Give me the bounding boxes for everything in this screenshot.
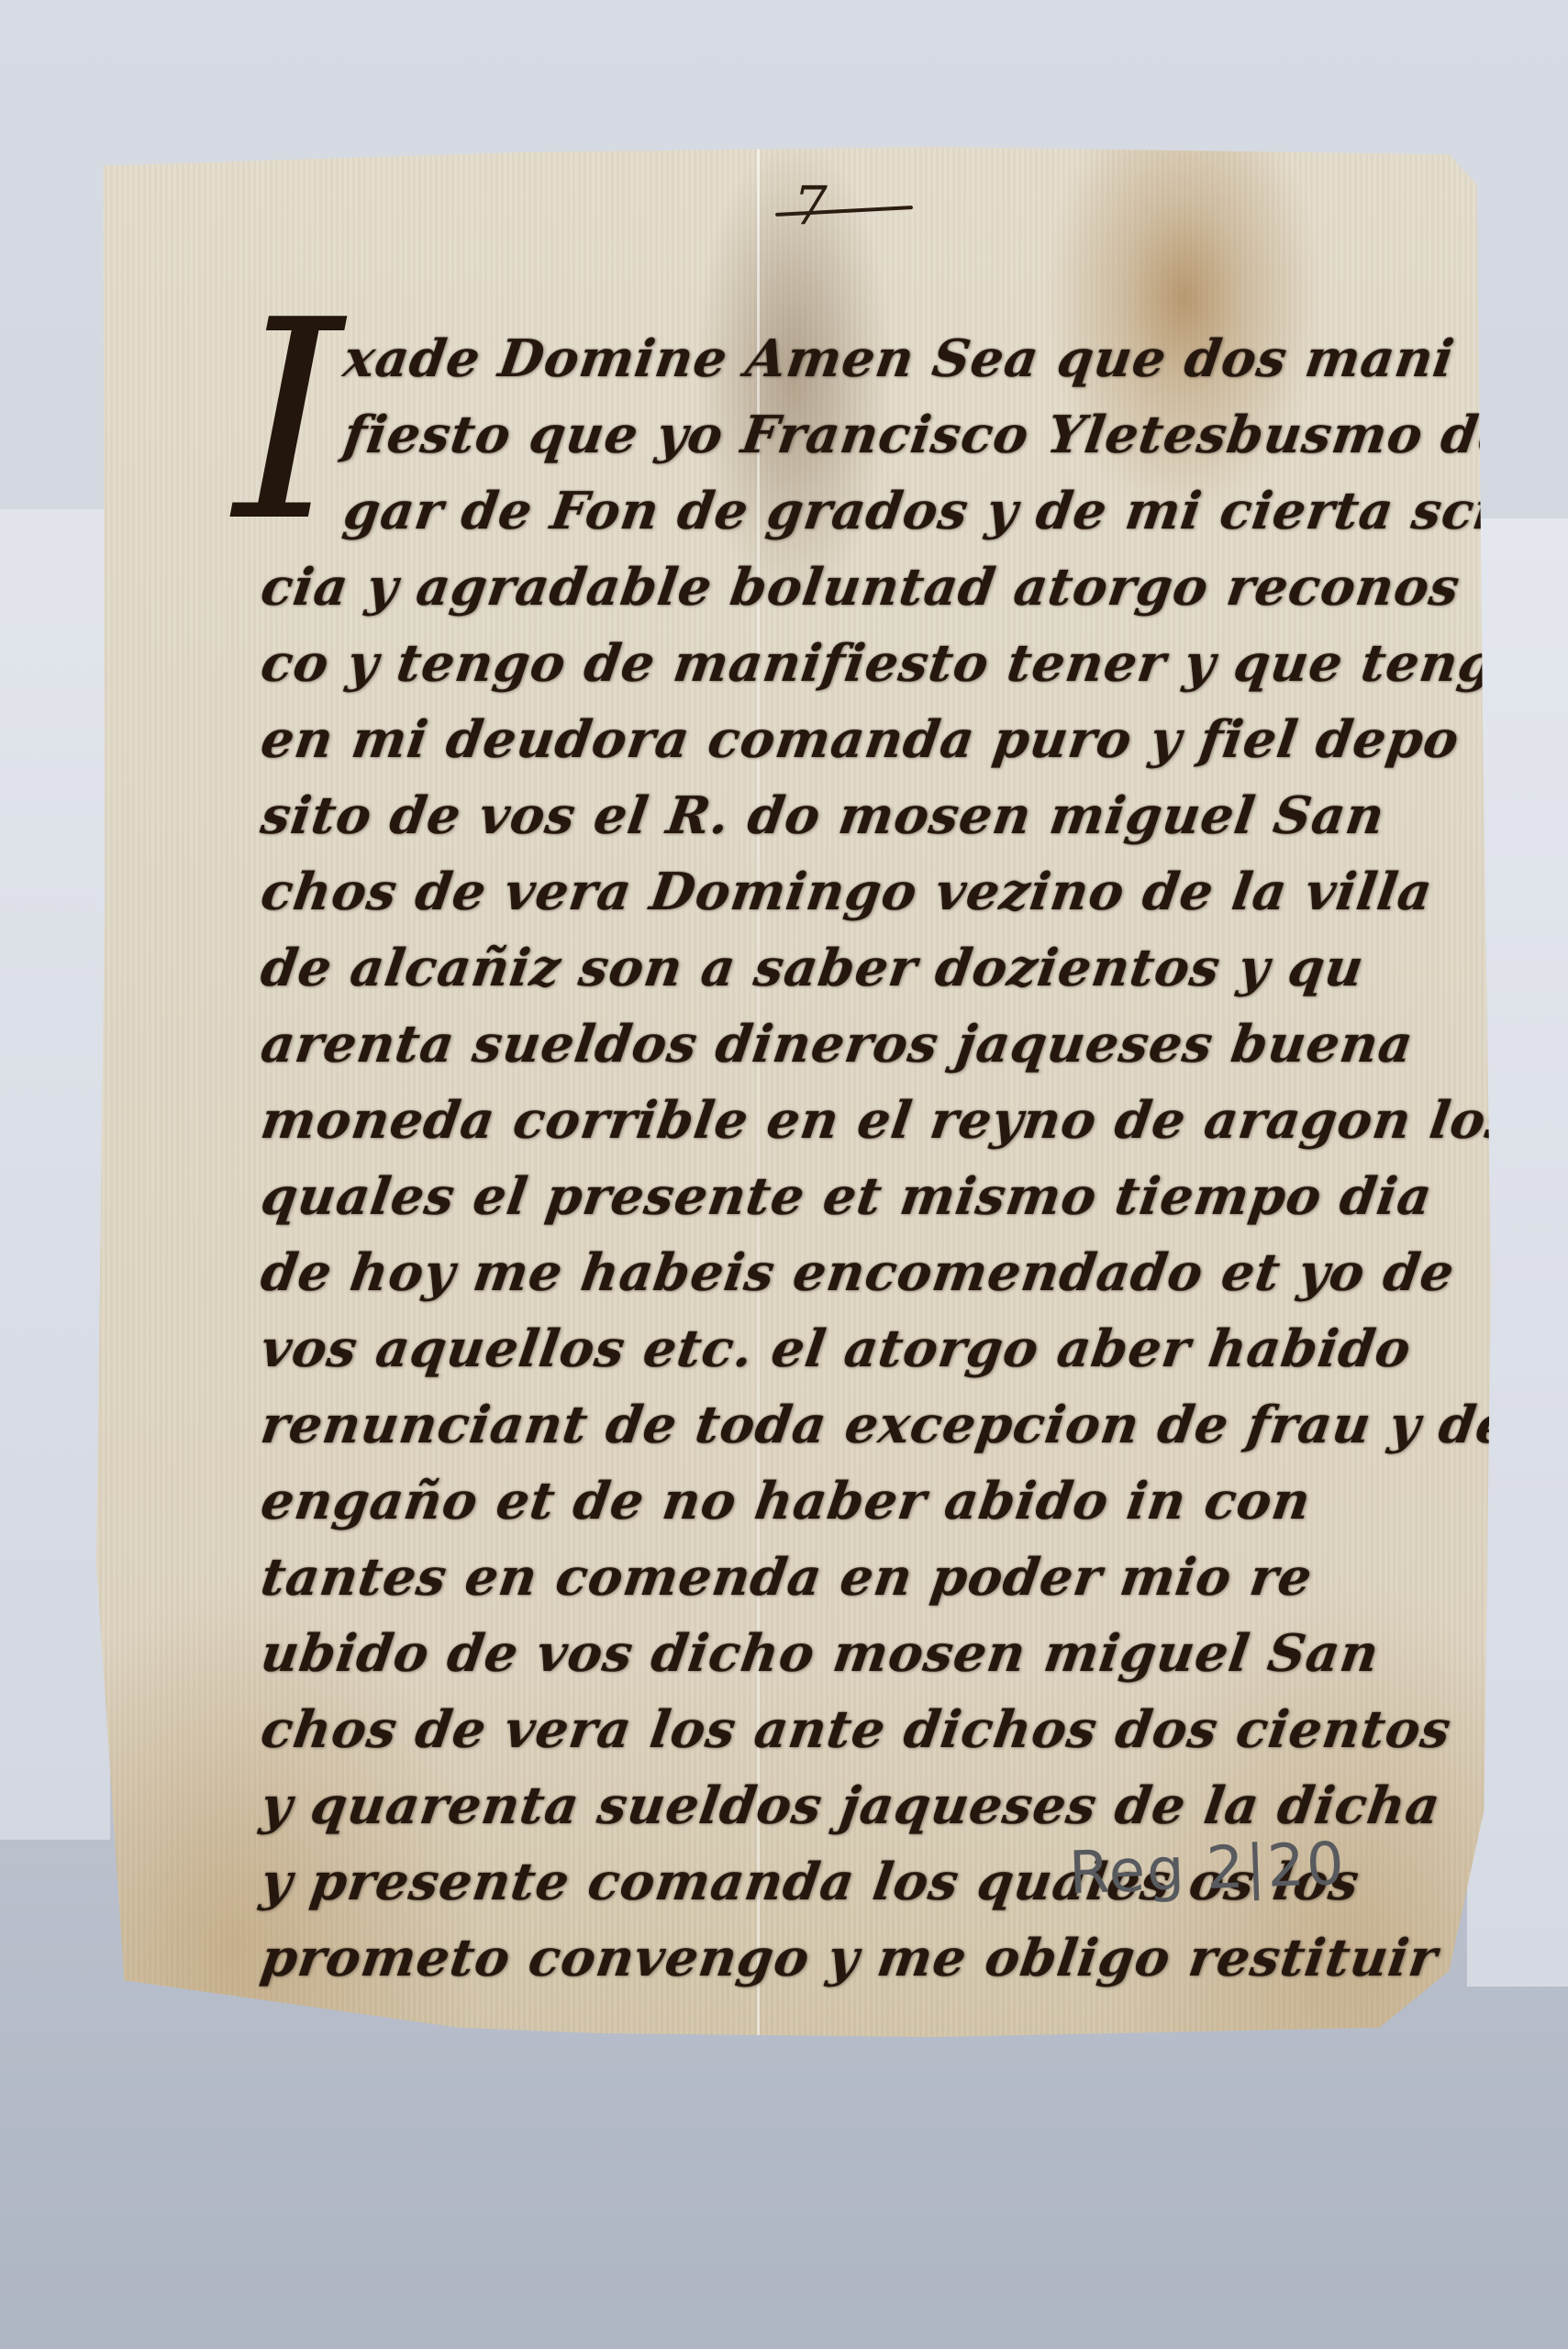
manuscript-line: vos aquellos etc. el atorgo aber habido (256, 1311, 1414, 1387)
manuscript-line: quales el presente et mismo tiempo dia (256, 1159, 1414, 1235)
manuscript-line: renunciant de toda excepcion de frau y d… (256, 1387, 1414, 1464)
manuscript-line: en mi deudora comanda puro y fiel depo (256, 702, 1414, 778)
folio-number: 7 (794, 174, 829, 237)
manuscript-line: moneda corrible en el reyno de aragon lo… (256, 1083, 1414, 1159)
manuscript-text-block: xade Domine Amen Sea que dos mani fiesto… (261, 321, 1408, 1997)
manuscript-line: y quarenta sueldos jaqueses de la dicha (256, 1768, 1414, 1844)
backing-board-left (0, 509, 110, 1840)
manuscript-page: 7 I xade Domine Amen Sea que dos mani fi… (96, 147, 1491, 2037)
manuscript-line: cia y agradable boluntad atorgo reconos (256, 550, 1414, 626)
manuscript-line: co y tengo de manifiesto tener y que ten… (256, 626, 1414, 702)
manuscript-line: xade Domine Amen Sea que dos mani (256, 321, 1414, 397)
manuscript-line: de hoy me habeis encomendado et yo de (256, 1235, 1414, 1311)
manuscript-line: chos de vera Domingo vezino de la villa (256, 854, 1414, 930)
manuscript-line: de alcañiz son a saber dozientos y qu (256, 930, 1414, 1007)
manuscript-line: prometo convengo y me obligo restituir (256, 1920, 1414, 1997)
manuscript-line: engaño et de no haber abido in con (256, 1464, 1414, 1540)
manuscript-line: chos de vera los ante dichos dos cientos (256, 1692, 1414, 1768)
manuscript-line: tantes en comenda en poder mio re (256, 1540, 1414, 1616)
manuscript-line: arenta sueldos dineros jaqueses buena (256, 1007, 1414, 1083)
pencil-register-annotation: Reg 2|20 (1068, 1831, 1347, 1908)
manuscript-line: fiesto que yo Francisco Yletesbusmo del … (256, 397, 1414, 473)
manuscript-line: gar de Fon de grados y de mi cierta scie… (256, 473, 1414, 550)
manuscript-line: ubido de vos dicho mosen miguel San (256, 1616, 1414, 1692)
manuscript-line: sito de vos el R. do mosen miguel San (256, 778, 1414, 854)
